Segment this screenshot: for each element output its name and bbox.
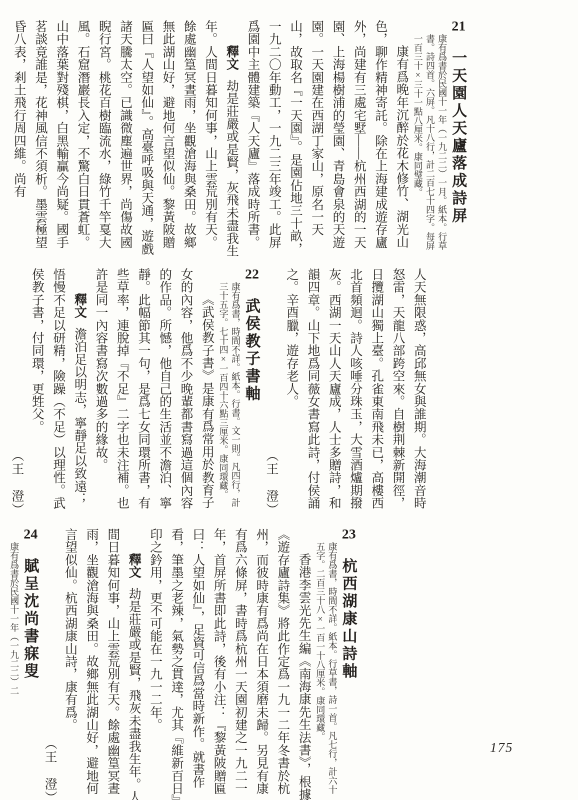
page-number: 175: [490, 740, 513, 756]
entry-21-signature: （王 澄）: [263, 268, 281, 516]
entry-23-colophon: 康有爲書，時間不詳。紙本。行草書，詩一首。凡七行，計六十五字。二百三十八×一百一…: [314, 528, 338, 800]
band-middle: 人天無限惑，高邱無女與誰期。大海潮音時怒雷，天龍八部跨空來。自樹荆棘新開徑，日攬…: [0, 268, 461, 516]
entry-21-shiwen-label: 釋文: [225, 45, 239, 70]
entry-22-shiwen: 釋文澹泊足以明志，寧靜足以致遠；悟慢不足以研精，險躁（不足）以理性。武侯教子書，…: [26, 268, 90, 516]
entry-23-signature: （王 澄）: [41, 528, 59, 800]
entry-21-colophon: 康有爲書於民國十一年（一九二二）一月。紙本。行草書。詩四首。六屏。凡十八行，計二…: [412, 20, 448, 260]
entry-22-colophon: 康有爲書，時間不詳。紙本。行書。文一則。凡四行，計三十五字。七十四×一百四十六點…: [217, 268, 241, 516]
entry-21-shiwen-part1: 釋文劫是莊嚴或是賢，灰飛未盡我生年。人間日暮知何事，山上雲荒別有天。餘處幽篁冥晝…: [8, 20, 242, 260]
entry-21-number: 21: [451, 20, 466, 34]
entry-24-title: 賦呈沈尚書寐叟: [22, 558, 38, 681]
entry-24-colophon: 康有爲書於民國十一年（一九二二）二: [8, 528, 20, 800]
entry-21-title: 一天園人天廬落成詩屏: [450, 50, 466, 225]
entry-22-shiwen-label: 釋文: [73, 293, 87, 318]
entry-21-body: 康有爲晚年沉醉於花木修竹、湖光山色，聊作精神寄託。除在上海建成遊存廬外，尚建有三…: [242, 20, 412, 260]
entry-22-number: 22: [245, 268, 260, 282]
entry-21-header: 21 一天園人天廬落成詩屏: [448, 20, 469, 260]
entry-22-header: 22 武侯教子書軸: [242, 268, 263, 516]
entry-23-header: 23 杭西湖康山詩軸: [338, 528, 359, 800]
entry-23-title: 杭西湖康山詩軸: [340, 558, 356, 681]
entry-24-number: 24: [23, 528, 38, 542]
entry-24-header: 24 賦呈沈尚書寐叟: [20, 528, 41, 800]
entry-23-number: 23: [341, 528, 356, 542]
entry-21-shiwen-part2: 人天無限惑，高邱無女與誰期。大海潮音時怒雷，天龍八部跨空來。自樹荆棘新開徑，日攬…: [281, 268, 430, 516]
entry-22-title: 武侯教子書軸: [244, 298, 260, 403]
entry-22-body: 《武侯教子書》是康有爲常用於教育子女的內容，他爲不少晚輩都書寫過這個內容的作品。…: [90, 268, 218, 516]
entry-23-body: 香港李雲光先生編《南海康先生法書》，根據《遊存廬詩集》將此作定爲一九一二年冬書於…: [144, 528, 314, 800]
entry-22-signature: （王 澄）: [8, 268, 26, 516]
book-page: 21 一天園人天廬落成詩屏 康有爲書於民國十一年（一九二二）一月。紙本。行草書。…: [0, 0, 578, 800]
entry-21-shiwen-text1: 劫是莊嚴或是賢，灰飛未盡我生年。人間日暮知何事，山上雲荒別有天。餘處幽篁冥晝雨，…: [12, 20, 239, 257]
band-bottom: 23 杭西湖康山詩軸 康有爲書，時間不詳。紙本。行草書，詩一首。凡七行，計六十五…: [0, 528, 413, 800]
entry-23-shiwen-label: 釋文: [127, 553, 141, 578]
band-top: 21 一天園人天廬落成詩屏 康有爲書於民國十一年（一九二二）一月。紙本。行草書。…: [0, 20, 521, 260]
entry-23-shiwen: 釋文劫是莊嚴或是賢，飛灰未盡我生年。人間日暮知何事，山上雲荒別有天。餘處幽篁冥晝…: [59, 528, 144, 800]
